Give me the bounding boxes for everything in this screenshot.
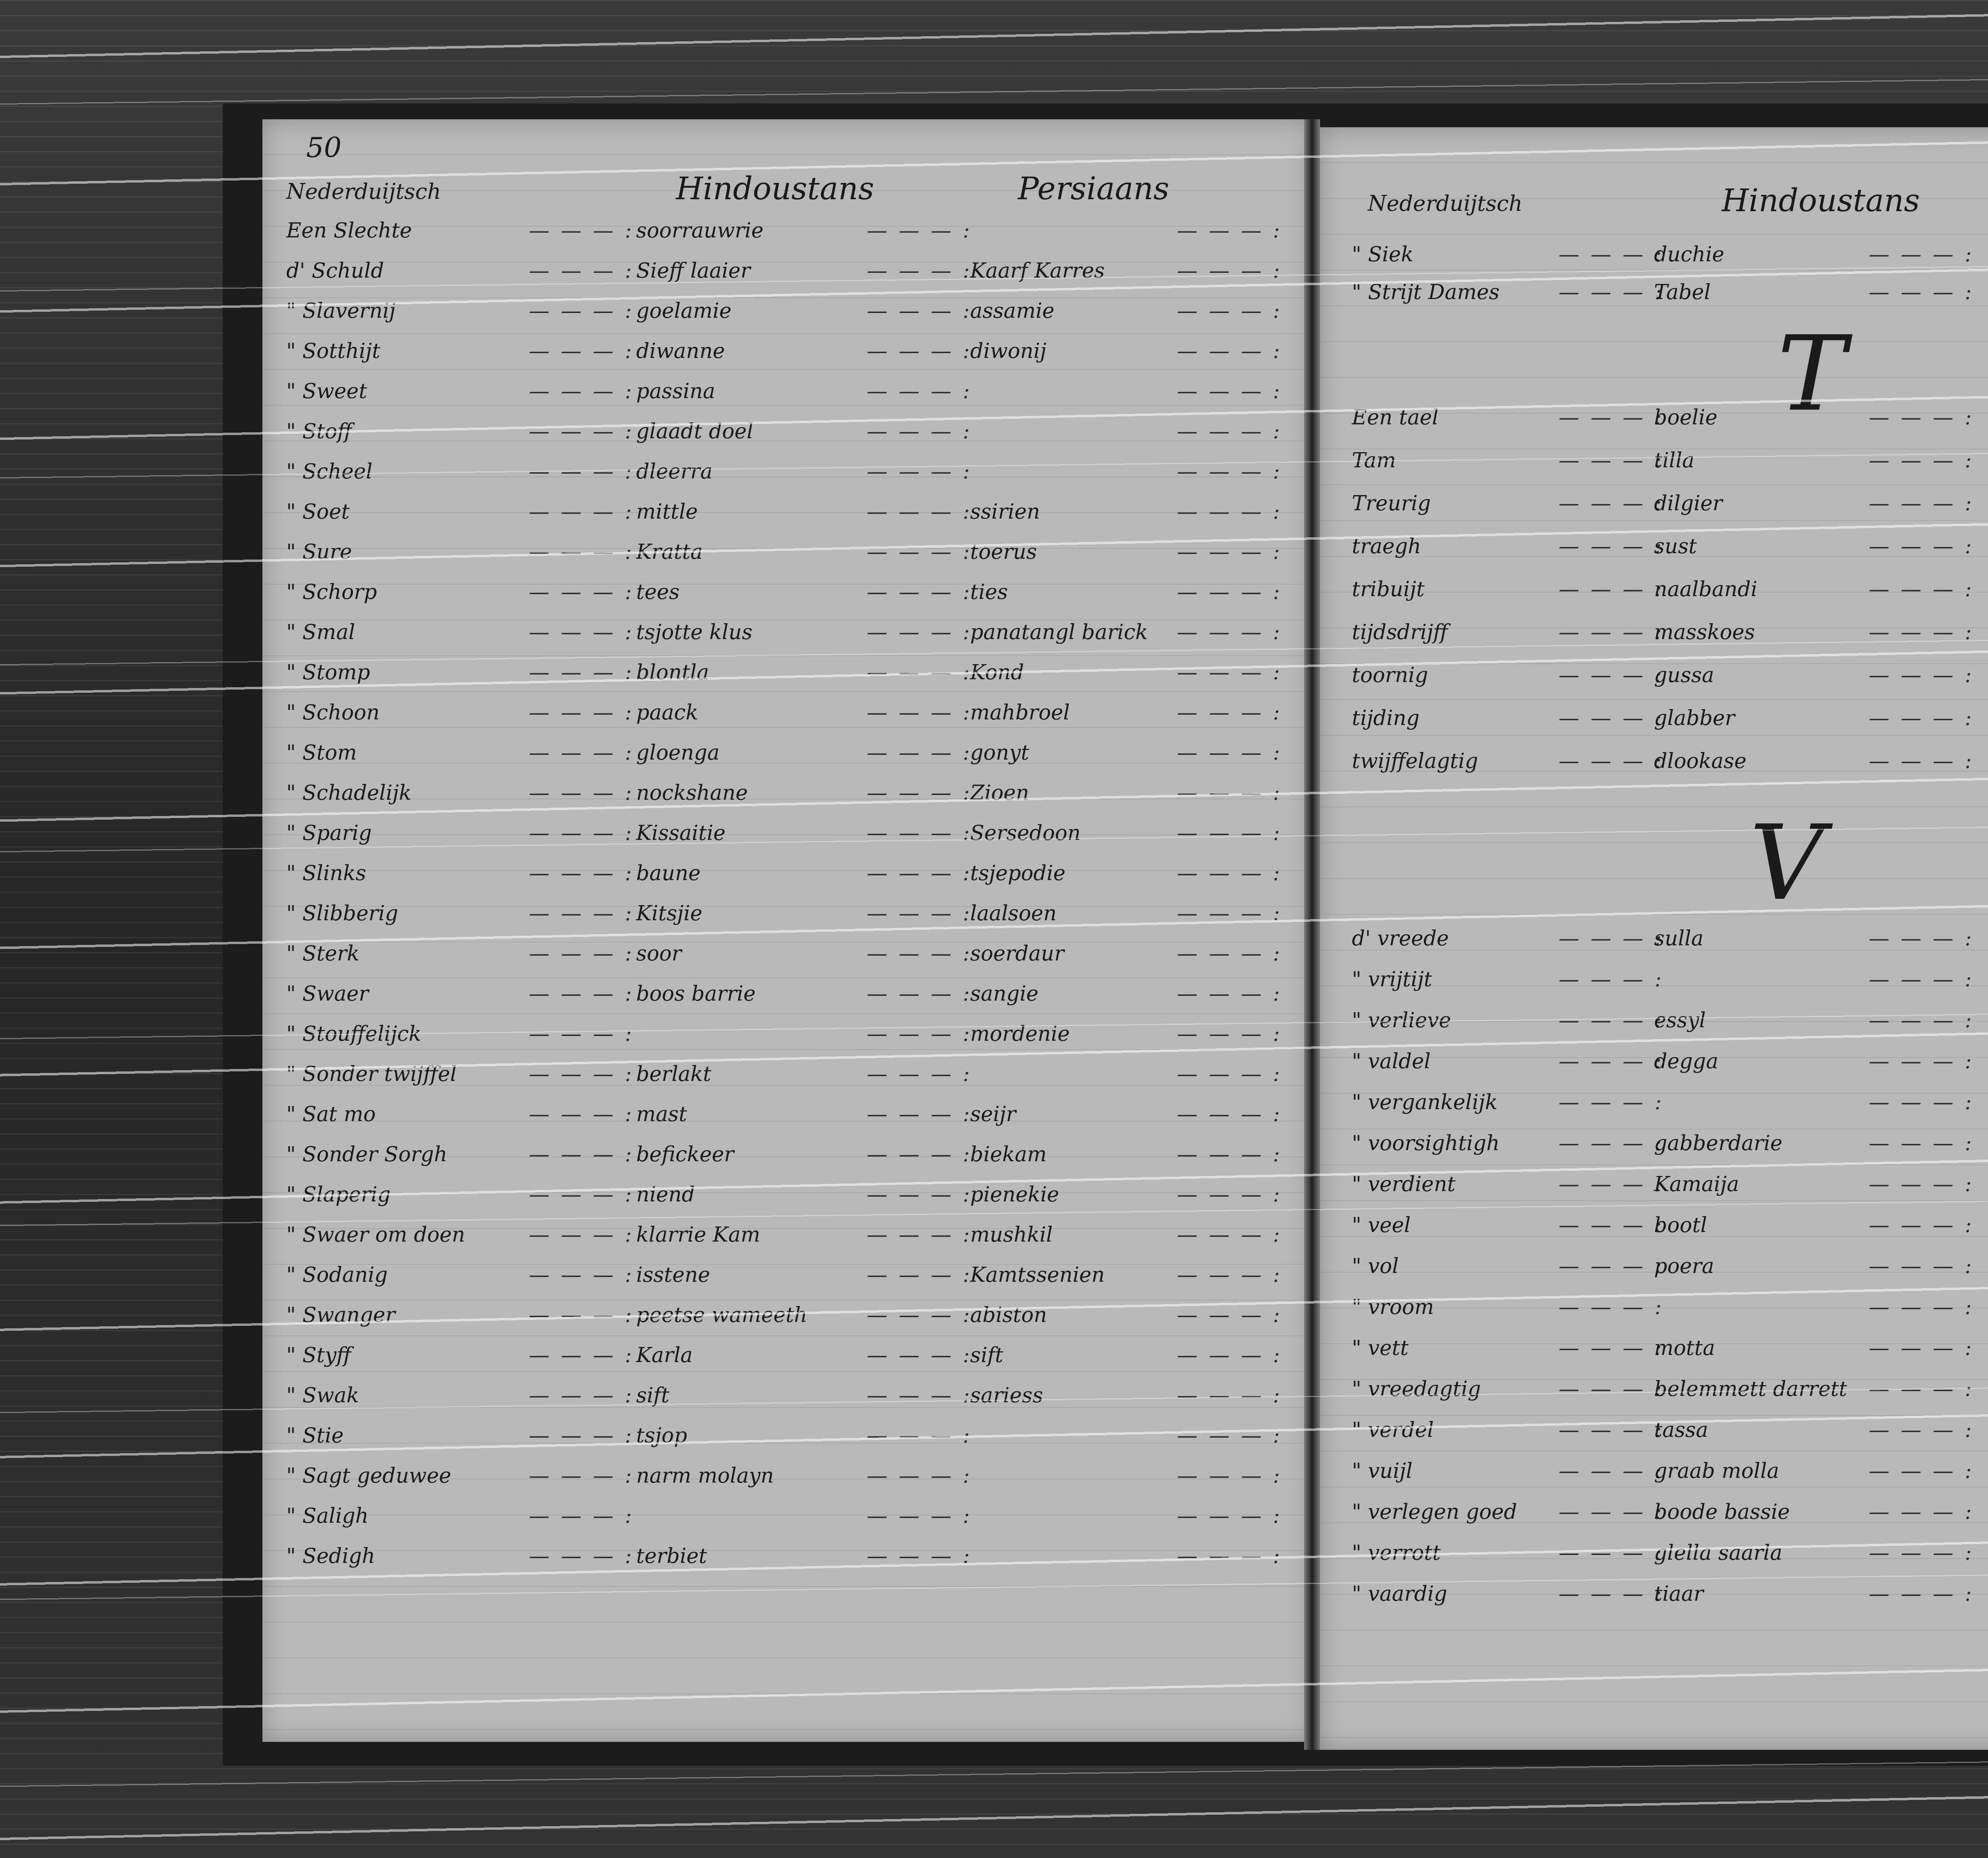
entry-dutch: " verrott xyxy=(1352,1541,1441,1565)
entry-dutch: " Saligh xyxy=(286,1504,369,1528)
dash-separator: — — — : xyxy=(529,1464,634,1488)
entry-dutch: " Swaer xyxy=(286,982,369,1006)
entry-dutch: " Sodanig xyxy=(286,1263,388,1287)
dash-separator: — — — : xyxy=(867,1102,972,1126)
dash-separator: — — — : xyxy=(529,1303,634,1327)
entry-dutch: " Stom xyxy=(286,741,357,765)
dash-separator: — — — : xyxy=(1177,259,1282,283)
dash-separator: — — — : xyxy=(1177,982,1282,1006)
entry-hindustani: Kissaitie xyxy=(636,821,726,845)
dash-separator: — — — : xyxy=(1177,1223,1282,1247)
entry-hindustani: boos barrie xyxy=(636,982,756,1006)
dash-separator: — — — : xyxy=(1869,492,1974,515)
dash-separator: — — — : xyxy=(1869,663,1974,687)
dash-separator: — — — : xyxy=(867,1143,972,1166)
entry-dutch: " vroom xyxy=(1352,1295,1434,1319)
entry-dutch: " Swaer om doen xyxy=(286,1223,465,1247)
dash-separator: — — — : xyxy=(1559,1377,1664,1401)
entry-dutch: tribuijt xyxy=(1352,577,1425,601)
dash-separator: — — — : xyxy=(529,460,634,484)
entry-dutch: " valdel xyxy=(1352,1049,1431,1073)
entry-hindustani: isstene xyxy=(636,1263,710,1287)
dash-separator: — — — : xyxy=(529,1183,634,1207)
entry-persian: pienekie xyxy=(970,1183,1059,1207)
dash-separator: — — — : xyxy=(529,781,634,805)
dash-separator: — — — : xyxy=(867,661,972,684)
entry-persian: mordenie xyxy=(970,1022,1070,1046)
dash-separator: — — — : xyxy=(1559,620,1664,644)
dash-separator: — — — : xyxy=(867,1062,972,1086)
entry-hindustani: mast xyxy=(636,1102,687,1126)
entry-dutch: " Sparig xyxy=(286,821,372,845)
entry-dutch: " Scheel xyxy=(286,460,373,484)
dash-separator: — — — : xyxy=(1177,1464,1282,1488)
entry-dutch: " Stouffelijck xyxy=(286,1022,421,1046)
entry-dutch: " Schorp xyxy=(286,580,377,604)
dash-separator: — — — : xyxy=(867,701,972,725)
section-letter-v: V xyxy=(1749,803,1824,923)
entry-hindustani: boode bassie xyxy=(1654,1500,1790,1524)
dash-separator: — — — : xyxy=(1559,1090,1664,1114)
entry-hindustani: sust xyxy=(1654,534,1697,558)
dash-separator: — — — : xyxy=(867,339,972,363)
dash-separator: — — — : xyxy=(1559,706,1664,730)
dash-separator: — — — : xyxy=(1559,449,1664,472)
entry-hindustani: blontla xyxy=(636,661,709,684)
dash-separator: — — — : xyxy=(529,1343,634,1367)
dash-separator: — — — : xyxy=(1177,701,1282,725)
entry-dutch: " Soet xyxy=(286,500,349,524)
dash-separator: — — — : xyxy=(1869,968,1974,991)
dash-separator: — — — : xyxy=(1559,1541,1664,1565)
dash-separator: — — — : xyxy=(529,259,634,283)
dash-separator: — — — : xyxy=(867,420,972,443)
dash-separator: — — — : xyxy=(1177,861,1282,885)
entry-hindustani: essyl xyxy=(1654,1009,1706,1032)
book-gutter xyxy=(1304,119,1320,1750)
dash-separator: — — — : xyxy=(1177,1263,1282,1287)
dash-separator: — — — : xyxy=(1869,1172,1974,1196)
entry-persian: Zioen xyxy=(970,781,1029,805)
entry-dutch: " verdel xyxy=(1352,1418,1434,1442)
entry-hindustani: narm molayn xyxy=(636,1464,774,1488)
dash-separator: — — — : xyxy=(867,1303,972,1327)
dash-separator: — — — : xyxy=(867,1464,972,1488)
dash-separator: — — — : xyxy=(1559,663,1664,687)
dash-separator: — — — : xyxy=(1869,1295,1974,1319)
entry-dutch: " Stomp xyxy=(286,661,370,684)
entry-dutch: " Sat mo xyxy=(286,1102,376,1126)
dash-separator: — — — : xyxy=(867,1022,972,1046)
dash-separator: — — — : xyxy=(1869,1541,1974,1565)
entry-hindustani: nockshane xyxy=(636,781,748,805)
entry-dutch: " vergankelijk xyxy=(1352,1090,1497,1114)
entry-dutch: Tam xyxy=(1352,449,1396,472)
left-header-hindustani: Hindoustans xyxy=(676,171,874,207)
entry-hindustani: befickeer xyxy=(636,1143,734,1166)
dash-separator: — — — : xyxy=(529,741,634,765)
dash-separator: — — — : xyxy=(1559,749,1664,773)
dash-separator: — — — : xyxy=(529,982,634,1006)
entry-hindustani: belemmett darrett xyxy=(1654,1377,1847,1401)
dash-separator: — — — : xyxy=(1177,339,1282,363)
dash-separator: — — — : xyxy=(867,821,972,845)
entry-persian: sariess xyxy=(970,1384,1043,1407)
dash-separator: — — — : xyxy=(1869,1049,1974,1073)
dash-separator: — — — : xyxy=(529,580,634,604)
dash-separator: — — — : xyxy=(1559,577,1664,601)
dash-separator: — — — : xyxy=(1869,1254,1974,1278)
dash-separator: — — — : xyxy=(529,1143,634,1166)
dash-separator: — — — : xyxy=(1559,492,1664,515)
dash-separator: — — — : xyxy=(1177,1183,1282,1207)
dash-separator: — — — : xyxy=(1177,1102,1282,1126)
entry-dutch: " Sonder Sorgh xyxy=(286,1143,447,1166)
dash-separator: — — — : xyxy=(867,902,972,925)
dash-separator: — — — : xyxy=(529,1263,634,1287)
dash-separator: — — — : xyxy=(1177,1504,1282,1528)
entry-persian: ssirien xyxy=(970,500,1040,524)
entry-hindustani: dlookase xyxy=(1654,749,1747,773)
entry-hindustani: klarrie Kam xyxy=(636,1223,760,1247)
entry-dutch: " vett xyxy=(1352,1336,1408,1360)
dash-separator: — — — : xyxy=(1177,1343,1282,1367)
dash-separator: — — — : xyxy=(1177,420,1282,443)
entry-hindustani: berlakt xyxy=(636,1062,711,1086)
entry-hindustani: soorrauwrie xyxy=(636,219,763,243)
entry-dutch: " verlegen goed xyxy=(1352,1500,1517,1524)
left-page xyxy=(262,119,1312,1742)
dash-separator: — — — : xyxy=(529,420,634,443)
dash-separator: — — — : xyxy=(1559,1172,1664,1196)
entry-hindustani: Kratta xyxy=(636,540,703,564)
dash-separator: — — — : xyxy=(1559,1418,1664,1442)
right-header-hindustani: Hindoustans xyxy=(1722,183,1920,219)
entry-dutch: " voorsightigh xyxy=(1352,1131,1500,1155)
dash-separator: — — — : xyxy=(867,1263,972,1287)
dash-separator: — — — : xyxy=(1177,1143,1282,1166)
dash-separator: — — — : xyxy=(1559,534,1664,558)
dash-separator: — — — : xyxy=(1177,460,1282,484)
entry-persian: abiston xyxy=(970,1303,1047,1327)
dash-separator: — — — : xyxy=(867,219,972,243)
entry-hindustani: degga xyxy=(1654,1049,1718,1073)
dash-separator: — — — : xyxy=(529,1384,634,1407)
entry-dutch: d' vreede xyxy=(1352,927,1449,950)
left-page-number: 50 xyxy=(306,131,342,164)
dash-separator: — — — : xyxy=(1869,620,1974,644)
entry-persian: sangie xyxy=(970,982,1039,1006)
entry-dutch: " vol xyxy=(1352,1254,1399,1278)
dash-separator: — — — : xyxy=(1559,1295,1664,1319)
dash-separator: — — — : xyxy=(529,661,634,684)
dash-separator: — — — : xyxy=(1869,749,1974,773)
entry-hindustani: gloenga xyxy=(636,741,720,765)
dash-separator: — — — : xyxy=(1869,577,1974,601)
entry-hindustani: glabber xyxy=(1654,706,1735,730)
entry-dutch: " vrijtijt xyxy=(1352,968,1432,991)
entry-persian: soerdaur xyxy=(970,942,1064,966)
entry-hindustani: boelie xyxy=(1654,406,1717,430)
dash-separator: — — — : xyxy=(1177,661,1282,684)
dash-separator: — — — : xyxy=(529,1062,634,1086)
dash-separator: — — — : xyxy=(867,379,972,403)
entry-persian: ties xyxy=(970,580,1008,604)
dash-separator: — — — : xyxy=(1177,741,1282,765)
dash-separator: — — — : xyxy=(529,1504,634,1528)
dash-separator: — — — : xyxy=(1869,1377,1974,1401)
entry-dutch: " Sonder twijffel xyxy=(286,1062,457,1086)
dash-separator: — — — : xyxy=(867,500,972,524)
entry-hindustani: tassa xyxy=(1654,1418,1708,1442)
entry-dutch: " verdient xyxy=(1352,1172,1456,1196)
ruled-lines xyxy=(262,119,1312,1742)
entry-dutch: " Slibberig xyxy=(286,902,398,925)
entry-dutch: " Sedigh xyxy=(286,1544,375,1568)
dash-separator: — — — : xyxy=(867,1343,972,1367)
entry-hindustani: sift xyxy=(636,1384,669,1407)
dash-separator: — — — : xyxy=(1559,927,1664,950)
left-header-persian: Persiaans xyxy=(1018,171,1169,207)
entry-persian: Kaarf Karres xyxy=(970,259,1105,283)
entry-dutch: " vreedagtig xyxy=(1352,1377,1481,1401)
dash-separator: — — — : xyxy=(1869,1131,1974,1155)
dash-separator: — — — : xyxy=(1177,1384,1282,1407)
entry-persian: tsjepodie xyxy=(970,861,1066,885)
dash-separator: — — — : xyxy=(529,299,634,323)
dash-separator: — — — : xyxy=(529,1223,634,1247)
dash-separator: — — — : xyxy=(1177,1303,1282,1327)
entry-persian: diwonij xyxy=(970,339,1046,363)
dash-separator: — — — : xyxy=(1869,1336,1974,1360)
entry-dutch: tijdsdrijff xyxy=(1352,620,1448,644)
dash-separator: — — — : xyxy=(1177,299,1282,323)
dash-separator: — — — : xyxy=(1177,379,1282,403)
dash-separator: — — — : xyxy=(1177,540,1282,564)
entry-hindustani: poera xyxy=(1654,1254,1714,1278)
entry-dutch: " Swak xyxy=(286,1384,359,1407)
entry-hindustani: masskoes xyxy=(1654,620,1755,644)
entry-hindustani: Tabel xyxy=(1654,280,1710,304)
dash-separator: — — — : xyxy=(1559,1459,1664,1483)
entry-dutch: Een tael xyxy=(1352,406,1439,430)
dash-separator: — — — : xyxy=(1559,1254,1664,1278)
entry-hindustani: dilgier xyxy=(1654,492,1722,515)
section-letter-t: T xyxy=(1777,314,1846,434)
dash-separator: — — — : xyxy=(1559,968,1664,991)
entry-persian: mushkil xyxy=(970,1223,1053,1247)
dash-separator: — — — : xyxy=(1177,781,1282,805)
entry-persian: gonyt xyxy=(970,741,1029,765)
dash-separator: — — — : xyxy=(1869,1009,1974,1032)
dash-separator: — — — : xyxy=(1869,706,1974,730)
dash-separator: — — — : xyxy=(867,942,972,966)
entry-dutch: " Siek xyxy=(1352,243,1413,266)
dash-separator: — — — : xyxy=(1869,449,1974,472)
entry-hindustani: tilla xyxy=(1654,449,1695,472)
dash-separator: — — — : xyxy=(1177,821,1282,845)
entry-hindustani: passina xyxy=(636,379,715,403)
entry-dutch: " Sweet xyxy=(286,379,367,403)
entry-hindustani: glaadt doel xyxy=(636,420,753,443)
dash-separator: — — — : xyxy=(867,460,972,484)
dash-separator: — — — : xyxy=(529,902,634,925)
entry-hindustani: gussa xyxy=(1654,663,1714,687)
dash-separator: — — — : xyxy=(867,1544,972,1568)
entry-dutch: " Sagt geduwee xyxy=(286,1464,451,1488)
dash-separator: — — — : xyxy=(529,1022,634,1046)
entry-hindustani: terbiet xyxy=(636,1544,707,1568)
dash-separator: — — — : xyxy=(1559,1500,1664,1524)
entry-dutch: " Swanger xyxy=(286,1303,395,1327)
entry-dutch: " Schadelijk xyxy=(286,781,412,805)
entry-hindustani: tsjotte klus xyxy=(636,620,752,644)
entry-dutch: tijding xyxy=(1352,706,1419,730)
entry-dutch: toornig xyxy=(1352,663,1428,687)
dash-separator: — — — : xyxy=(867,540,972,564)
dash-separator: — — — : xyxy=(1177,1544,1282,1568)
dash-separator: — — — : xyxy=(1869,406,1974,430)
dash-separator: — — — : xyxy=(529,540,634,564)
entry-hindustani: tiaar xyxy=(1654,1582,1703,1606)
dash-separator: — — — : xyxy=(1177,500,1282,524)
entry-hindustani: glella saarla xyxy=(1654,1541,1782,1565)
dash-separator: — — — : xyxy=(1177,902,1282,925)
dash-separator: — — — : xyxy=(867,1384,972,1407)
dash-separator: — — — : xyxy=(1559,243,1664,266)
dash-separator: — — — : xyxy=(867,1223,972,1247)
entry-persian: mahbroel xyxy=(970,701,1070,725)
entry-dutch: " Sterk xyxy=(286,942,359,966)
entry-dutch: traegh xyxy=(1352,534,1421,558)
dash-separator: — — — : xyxy=(867,580,972,604)
entry-dutch: " Strijt Dames xyxy=(1352,280,1499,304)
dash-separator: — — — : xyxy=(529,701,634,725)
dash-separator: — — — : xyxy=(867,1424,972,1448)
dash-separator: — — — : xyxy=(529,500,634,524)
entry-hindustani: soor xyxy=(636,942,681,966)
entry-hindustani: paack xyxy=(636,701,698,725)
dash-separator: — — — : xyxy=(1869,1582,1974,1606)
dash-separator: — — — : xyxy=(867,259,972,283)
entry-dutch: " verlieve xyxy=(1352,1009,1451,1032)
dash-separator: — — — : xyxy=(867,781,972,805)
entry-hindustani: motta xyxy=(1654,1336,1715,1360)
entry-dutch: " Slinks xyxy=(286,861,366,885)
entry-persian: Kamtssenien xyxy=(970,1263,1105,1287)
dash-separator: — — — : xyxy=(529,1424,634,1448)
dash-separator: — — — : xyxy=(1869,1459,1974,1483)
entry-hindustani: Sieff laaier xyxy=(636,259,750,283)
entry-hindustani: sulla xyxy=(1654,927,1703,950)
entry-dutch: " Styff xyxy=(286,1343,351,1367)
dash-separator: — — — : xyxy=(1559,1009,1664,1032)
dash-separator: — — — : xyxy=(1559,406,1664,430)
dash-separator: — — — : xyxy=(867,1504,972,1528)
dash-separator: — — — : xyxy=(1177,942,1282,966)
dash-separator: — — — : xyxy=(1869,534,1974,558)
entry-hindustani: tsjop xyxy=(636,1424,687,1448)
dash-separator: — — — : xyxy=(529,620,634,644)
entry-persian: laalsoen xyxy=(970,902,1057,925)
dash-separator: — — — : xyxy=(1177,580,1282,604)
entry-hindustani: graab molla xyxy=(1654,1459,1779,1483)
dash-separator: — — — : xyxy=(867,620,972,644)
entry-hindustani: diwanne xyxy=(636,339,725,363)
dash-separator: — — — : xyxy=(1559,280,1664,304)
dash-separator: — — — : xyxy=(529,942,634,966)
dash-separator: — — — : xyxy=(1177,219,1282,243)
entry-dutch: " veel xyxy=(1352,1213,1411,1237)
entry-persian: seijr xyxy=(970,1102,1016,1126)
dash-separator: — — — : xyxy=(529,339,634,363)
dash-separator: — — — : xyxy=(867,982,972,1006)
entry-hindustani: naalbandi xyxy=(1654,577,1757,601)
entry-dutch: Treurig xyxy=(1352,492,1431,515)
entry-persian: Sersedoon xyxy=(970,821,1081,845)
right-header-dutch: Nederduijtsch xyxy=(1368,191,1522,216)
entry-dutch: " vuijl xyxy=(1352,1459,1413,1483)
dash-separator: — — — : xyxy=(1559,1582,1664,1606)
entry-hindustani: niend xyxy=(636,1183,695,1207)
dash-separator: — — — : xyxy=(1559,1049,1664,1073)
dash-separator: — — — : xyxy=(867,299,972,323)
dash-separator: — — — : xyxy=(1559,1213,1664,1237)
entry-hindustani: goelamie xyxy=(636,299,732,323)
entry-hindustani: peetse wameeth xyxy=(636,1303,807,1327)
dash-separator: — — — : xyxy=(1177,1424,1282,1448)
dash-separator: — — — : xyxy=(529,379,634,403)
entry-hindustani: Karla xyxy=(636,1343,693,1367)
entry-dutch: " Slaperig xyxy=(286,1183,391,1207)
dash-separator: — — — : xyxy=(1869,1500,1974,1524)
dash-separator: — — — : xyxy=(529,821,634,845)
dash-separator: — — — : xyxy=(1559,1336,1664,1360)
entry-persian: toerus xyxy=(970,540,1037,564)
dash-separator: — — — : xyxy=(1869,243,1974,266)
entry-hindustani: baune xyxy=(636,861,701,885)
entry-dutch: " Stoff xyxy=(286,420,352,443)
entry-hindustani: Kamaija xyxy=(1654,1172,1739,1196)
dash-separator: — — — : xyxy=(867,741,972,765)
entry-dutch: " vaardig xyxy=(1352,1582,1447,1606)
entry-hindustani: dleerra xyxy=(636,460,712,484)
entry-persian: biekam xyxy=(970,1143,1047,1166)
entry-dutch: twijffelagtig xyxy=(1352,749,1478,773)
entry-hindustani: gabberdarie xyxy=(1654,1131,1782,1155)
dash-separator: — — — : xyxy=(1869,1213,1974,1237)
entry-dutch: Een Slechte xyxy=(286,219,412,243)
entry-dutch: " Schoon xyxy=(286,701,380,725)
dash-separator: — — — : xyxy=(1177,1062,1282,1086)
entry-hindustani: tees xyxy=(636,580,679,604)
entry-hindustani: mittle xyxy=(636,500,698,524)
dash-separator: — — — : xyxy=(529,861,634,885)
dash-separator: — — — : xyxy=(1177,620,1282,644)
dash-separator: — — — : xyxy=(529,1544,634,1568)
entry-dutch: " Stie xyxy=(286,1424,344,1448)
entry-hindustani: Kitsjie xyxy=(636,902,703,925)
entry-dutch: " Smal xyxy=(286,620,355,644)
entry-persian: assamie xyxy=(970,299,1054,323)
entry-persian: Kond xyxy=(970,661,1024,684)
dash-separator: — — — : xyxy=(1869,280,1974,304)
left-header-dutch: Nederduijtsch xyxy=(286,179,441,204)
dash-separator: — — — : xyxy=(867,861,972,885)
entry-dutch: " Slavernij xyxy=(286,299,396,323)
dash-separator: — — — : xyxy=(867,1183,972,1207)
dash-separator: — — — : xyxy=(1869,1418,1974,1442)
